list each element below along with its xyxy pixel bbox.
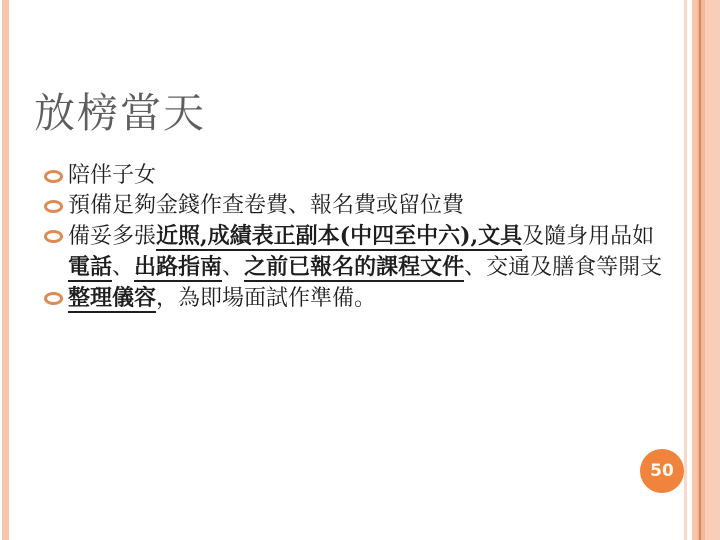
ring-bullet-icon [44, 200, 63, 213]
text-run: ，為即場面試作準備。 [156, 286, 376, 311]
bullet-list: 陪伴子女預備足夠金錢作查卷費、報名費或留位費備妥多張近照,成績表正副本(中四至中… [44, 161, 676, 314]
bullet-item: 陪伴子女 [44, 161, 676, 191]
right-border-stripe-outer [705, 0, 720, 540]
bullet-item: 備妥多張近照,成績表正副本(中四至中六),文具及隨身用品如電話、出路指南、之前已… [44, 221, 676, 283]
bullet-text: 預備足夠金錢作查卷費、報名費或留位費 [68, 191, 676, 221]
text-run: 、 [112, 255, 134, 280]
bullet-item: 預備足夠金錢作查卷費、報名費或留位費 [44, 191, 676, 221]
left-border-stripe [2, 0, 9, 540]
slide-canvas: 放榜當天 陪伴子女預備足夠金錢作查卷費、報名費或留位費備妥多張近照,成績表正副本… [0, 0, 720, 540]
text-run: 、交通及膳食等開支 [464, 255, 662, 280]
text-run: 及隨身用品如 [522, 224, 654, 249]
ring-bullet-icon [44, 230, 63, 243]
emphasized-text-run: 近照,成績表正副本(中四至中六),文具 [156, 223, 522, 251]
right-border-stripe-thin [684, 0, 687, 540]
emphasized-text-run: 之前已報名的課程文件 [244, 254, 464, 282]
bullet-item: 整理儀容，為即場面試作準備。 [44, 283, 676, 314]
emphasized-text-run: 出路指南 [134, 254, 222, 282]
bullet-text: 陪伴子女 [68, 161, 676, 191]
text-run: 備妥多張 [68, 224, 156, 249]
page-number-badge: 50 [640, 449, 684, 493]
ring-bullet-icon [44, 170, 63, 183]
text-run: 陪伴子女 [68, 163, 156, 188]
emphasized-text-run: 整理儀容 [68, 285, 156, 313]
ring-bullet-icon [44, 292, 63, 305]
page-number: 50 [650, 461, 674, 481]
bullet-text: 備妥多張近照,成績表正副本(中四至中六),文具及隨身用品如電話、出路指南、之前已… [68, 221, 676, 283]
page-title: 放榜當天 [34, 87, 206, 139]
text-run: 、 [222, 255, 244, 280]
bullet-text: 整理儀容，為即場面試作準備。 [68, 283, 676, 314]
emphasized-text-run: 電話 [68, 254, 112, 282]
text-run: 預備足夠金錢作查卷費、報名費或留位費 [68, 193, 464, 218]
